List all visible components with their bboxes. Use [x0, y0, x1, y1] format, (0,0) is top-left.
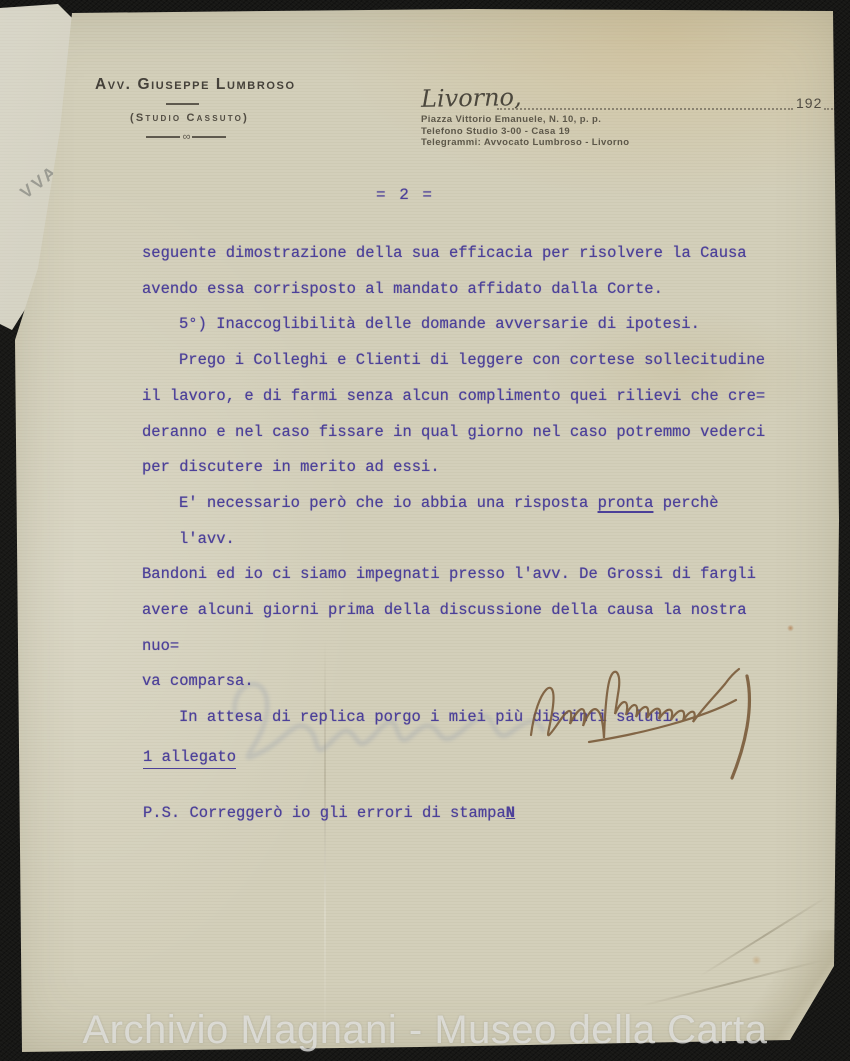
address-line-2: Telefono Studio 3-00 - Casa 19	[421, 126, 629, 138]
body-line: E' necessario però che io abbia una risp…	[142, 486, 782, 557]
ps-note: P.S. Correggerò io gli errori di stampaN	[143, 804, 515, 822]
enclosure-note: 1 allegato	[143, 748, 236, 769]
archive-watermark: Archivio Magnani - Museo della Carta	[0, 1008, 850, 1053]
body-text: E' necessario però che io abbia una risp…	[179, 494, 598, 512]
body-line: per discutere in merito ad essi.	[142, 450, 782, 486]
body-line: deranno e nel caso fissare in qual giorn…	[142, 415, 782, 451]
page-number: = 2 =	[376, 186, 434, 204]
body-line-item5: 5°) Inaccoglibilità delle domande avvers…	[142, 307, 782, 343]
body-line: Prego i Colleghi e Clienti di leggere co…	[142, 343, 782, 379]
body-line: avere alcuni giorni prima della discussi…	[142, 593, 782, 664]
body-line: avendo essa corrisposto al mandato affid…	[142, 272, 782, 308]
letterhead-ornament: ∞	[146, 131, 226, 143]
address-line-1: Piazza Vittorio Emanuele, N. 10, p. p.	[421, 114, 629, 126]
ps-text: P.S. Correggerò io gli errori di stampa	[143, 804, 506, 822]
letterhead-name: Avv. Giuseppe Lumbroso	[95, 76, 296, 94]
body-line: Bandoni ed io ci siamo impegnati presso …	[142, 557, 782, 593]
body-line: il lavoro, e di farmi senza alcun compli…	[142, 379, 782, 415]
ps-overstrike-character: N	[506, 804, 515, 822]
letterhead-address: Piazza Vittorio Emanuele, N. 10, p. p. T…	[421, 114, 629, 149]
signature-handwriting	[523, 660, 778, 785]
letterhead-studio: (Studio Cassuto)	[130, 112, 249, 124]
paper-sheet: Avv. Giuseppe Lumbroso (Studio Cassuto) …	[0, 0, 850, 1061]
scanned-document-photo: AVV Avv. Giuseppe Lumbroso (Studio Cassu…	[0, 0, 850, 1061]
address-line-3: Telegrammi: Avvocato Lumbroso - Livorno	[421, 137, 629, 149]
letterhead-rule	[166, 103, 199, 105]
ornament-glyph: ∞	[180, 131, 193, 143]
date-leader-line	[497, 107, 793, 110]
ornament-bar	[192, 136, 226, 138]
ornament-bar	[146, 136, 180, 138]
date-year: 192	[796, 95, 822, 111]
date-trailing-dots	[824, 107, 836, 110]
body-line: seguente dimostrazione della sua efficac…	[142, 236, 782, 272]
underlined-word: pronta	[598, 494, 654, 512]
